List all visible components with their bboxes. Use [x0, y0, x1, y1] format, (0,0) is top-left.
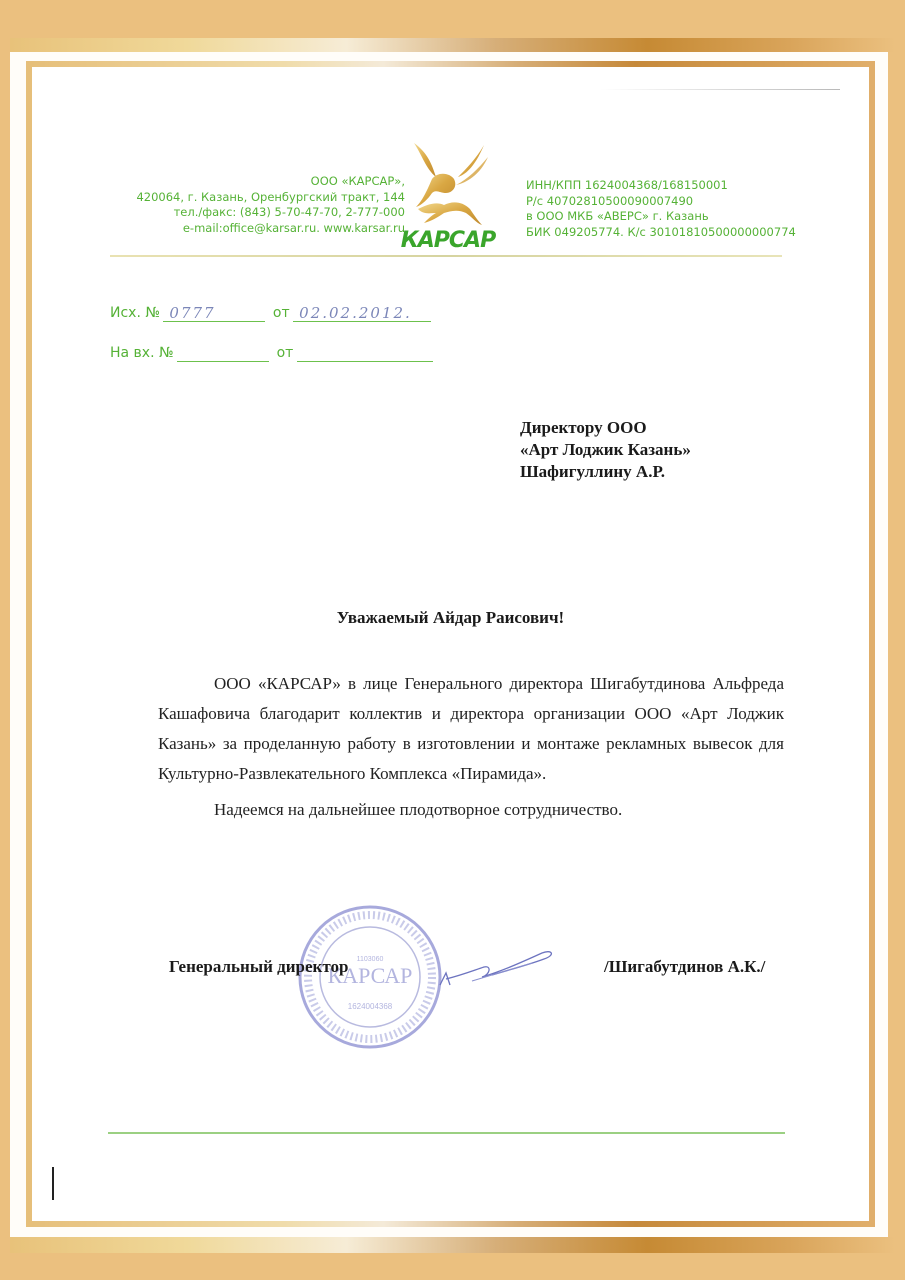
inn-kpp: ИНН/КПП 1624004368/168150001 — [526, 178, 796, 194]
outgoing-date-field: 02.02.2012. — [293, 304, 431, 322]
company-name: ООО «КАРСАР», — [108, 174, 405, 190]
signatory-name: /Шигабутдинов А.К./ — [604, 957, 765, 977]
footer-divider — [108, 1132, 785, 1134]
svg-text:1624004368: 1624004368 — [348, 1002, 393, 1011]
header-divider — [110, 255, 782, 257]
incoming-reference: На вх. № от — [110, 344, 433, 362]
outgoing-number-field: 0777 — [163, 304, 265, 322]
handwritten-signature-icon — [432, 945, 562, 995]
incoming-number-label: На вх. № — [110, 345, 174, 361]
letter-body: ООО «КАРСАР» в лице Генерального директо… — [158, 669, 784, 825]
addressee-company: «Арт Лоджик Казань» — [520, 439, 691, 461]
body-paragraph: Надеемся на дальнейшее плодотворное сотр… — [158, 795, 784, 825]
incoming-date-label: от — [277, 345, 294, 361]
incoming-number-field — [177, 344, 269, 362]
incoming-date-field — [297, 344, 433, 362]
letter-page: ООО «КАРСАР», 420064, г. Казань, Оренбур… — [32, 67, 869, 1221]
company-contacts: ООО «КАРСАР», 420064, г. Казань, Оренбур… — [108, 174, 405, 236]
frame-top-band — [10, 38, 895, 52]
bank-details: ИНН/КПП 1624004368/168150001 Р/с 4070281… — [526, 178, 796, 240]
addressee-name: Шафигуллину А.Р. — [520, 461, 691, 483]
svg-text:1103060: 1103060 — [357, 956, 384, 963]
bik-corr-account: БИК 049205774. К/с 30101810500000000774 — [526, 225, 796, 241]
signatory-title: Генеральный директор — [169, 957, 348, 977]
greeting: Уважаемый Айдар Раисович! — [32, 608, 869, 628]
company-phone: тел./факс: (843) 5-70-47-70, 2-777-000 — [108, 205, 405, 221]
settlement-account: Р/с 40702810500090007490 — [526, 194, 796, 210]
company-logo: КАРСАР — [392, 135, 504, 259]
round-seal-icon: КАРСАР 1103060 1624004368 — [294, 901, 446, 1053]
griffin-icon — [392, 135, 504, 235]
outgoing-number-label: Исх. № — [110, 305, 160, 321]
company-email: e-mail:office@karsar.ru. www.karsar.ru — [108, 221, 405, 237]
body-paragraph: ООО «КАРСАР» в лице Генерального директо… — [158, 669, 784, 789]
outgoing-reference: Исх. № 0777 от 02.02.2012. — [110, 304, 431, 322]
company-address: 420064, г. Казань, Оренбургский тракт, 1… — [108, 190, 405, 206]
addressee-position: Директору ООО — [520, 417, 691, 439]
scan-edge-line — [600, 89, 840, 90]
scan-edge-mark — [52, 1167, 54, 1200]
addressee-block: Директору ООО «Арт Лоджик Казань» Шафигу… — [520, 417, 691, 483]
bank-name: в ООО МКБ «АВЕРС» г. Казань — [526, 209, 796, 225]
frame-bottom-band — [10, 1237, 895, 1253]
outgoing-date-label: от — [273, 305, 290, 321]
logo-wordmark: КАРСАР — [392, 228, 504, 253]
